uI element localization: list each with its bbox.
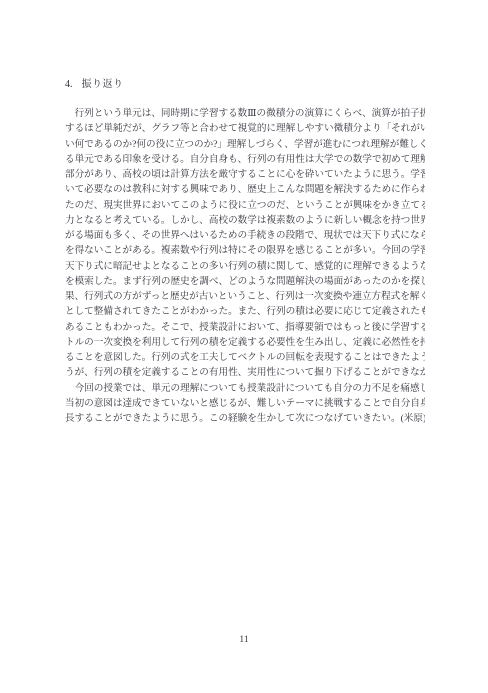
paragraph-1: 行列という単元は、同時期に学習する数Ⅲの微積分の演算にくらべ、演算が拍子抜けする…: [65, 106, 425, 381]
text-line: するほど単純だが、グラフ等と合わせて視覚的に理解しやすい微積分より「それがいった: [65, 121, 425, 136]
page-number: 11: [0, 634, 488, 646]
text-line: 今回の授業では、単元の理解についても授業設計についても自分の力不足を痛感した。: [65, 381, 425, 396]
text-line: として整備されてきたことがわかった。また、行列の積は必要に応じて定義されたもので: [65, 304, 425, 319]
text-line: を模索した。まず行列の歴史を調べ、どのような問題解決の場面があったのかを探した結: [65, 274, 425, 289]
text-line: ることを意図した。行列の式を工夫してベクトルの回転を表現することはできたように思: [65, 350, 425, 365]
text-line: を得ないことがある。複素数や行列は特にその限界を感じることが多い。今回の学習では…: [65, 243, 425, 258]
document-page: 4.振り返り 行列という単元は、同時期に学習する数Ⅲの微積分の演算にくらべ、演算…: [0, 0, 488, 693]
text-line: 行列という単元は、同時期に学習する数Ⅲの微積分の演算にくらべ、演算が拍子抜け: [65, 106, 425, 121]
text-line: 天下り式に暗記せよとなることの多い行列の積に関して、感覚的に理解できるような方法: [65, 259, 425, 274]
section-title: 振り返り: [82, 79, 124, 90]
document-body: 行列という単元は、同時期に学習する数Ⅲの微積分の演算にくらべ、演算が拍子抜けする…: [65, 106, 425, 426]
text-line: トルの一次変換を利用して行列の積を定義する必要性を生み出し、定義に必然性を持たせ: [65, 335, 425, 350]
text-line: たのだ、現実世界においてこのように役に立つのだ、ということが興味をかき立てる原動: [65, 198, 425, 213]
text-line: うが、行列の積を定義することの有用性、実用性について掘り下げることができなかった…: [65, 365, 425, 380]
text-line: 当初の意図は達成できていないと感じるが、難しいテーマに挑戦することで自分自身が成: [65, 396, 425, 411]
text-line: 力となると考えている。しかし、高校の数学は複素数のように新しい概念を持つ世界が広: [65, 213, 425, 228]
section-heading: 4.振り返り: [65, 77, 124, 92]
text-line: 部分があり、高校の頃は計算方法を厳守することに心を砕いていたように思う。学習にお: [65, 167, 425, 182]
paragraph-2: 今回の授業では、単元の理解についても授業設計についても自分の力不足を痛感した。当…: [65, 381, 425, 427]
section-number: 4.: [65, 79, 73, 90]
text-line: いて必要なのは教科に対する興味であり、歴史上こんな問題を解決するために作られてき: [65, 182, 425, 197]
text-line: あることもわかった。そこで、授業設計において、指導要領ではもっと後に学習するベク: [65, 320, 425, 335]
text-line: い何であるのか?何の役に立つのか?」理解しづらく、学習が進むにつれ理解が難しくな: [65, 137, 425, 152]
text-line: る単元である印象を受ける。自分自身も、行列の有用性は大学での数学で初めて理解した: [65, 152, 425, 167]
text-line: 長することができたように思う。この経験を生かして次につなげていきたい。(米原): [65, 411, 425, 426]
text-line: 果、行列式の方がずっと歴史が古いということ、行列は一次変換や連立方程式を解く手段: [65, 289, 425, 304]
text-line: がる場面も多く、その世界へはいるための手続きの段階で、現状では天下り式にならざる: [65, 228, 425, 243]
